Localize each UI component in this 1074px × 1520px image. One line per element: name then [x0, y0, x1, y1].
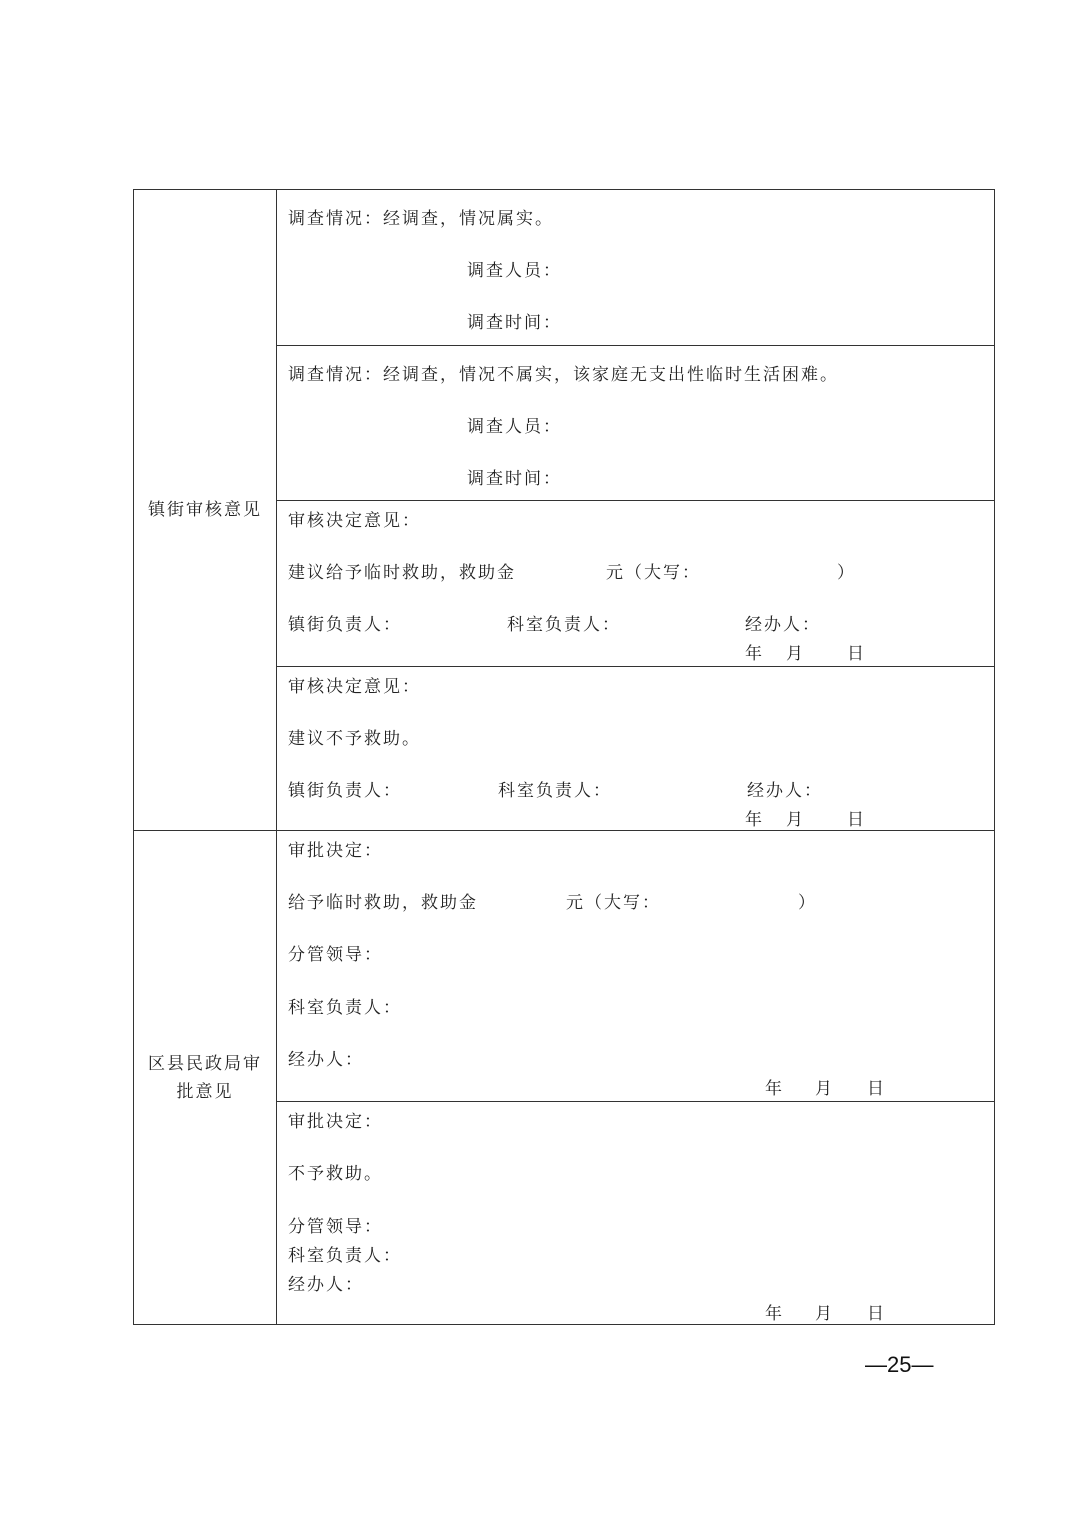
- date-year[interactable]: 年: [745, 639, 764, 664]
- date-year[interactable]: 年: [765, 1299, 784, 1324]
- review-reject-block: 审核决定意见： 建议不予救助。 镇街负责人： 科室负责人： 经办人： 年 月 日: [277, 667, 994, 830]
- review-approve-block: 审核决定意见： 建议给予临时救助，救助金 元（大写： ） 镇街负责人： 科室负责…: [277, 501, 994, 667]
- leader-field[interactable]: 分管领导：: [288, 940, 383, 965]
- investigator-field[interactable]: 调查人员：: [467, 256, 562, 281]
- section-head-field[interactable]: 科室负责人：: [288, 1241, 402, 1266]
- date-year[interactable]: 年: [745, 805, 764, 830]
- date-month[interactable]: 月: [786, 639, 805, 664]
- decision-text: 不予救助。: [288, 1159, 383, 1184]
- date-day[interactable]: 日: [867, 1299, 886, 1324]
- town-review-section: 镇街审核意见 调查情况：经调查，情况属实。 调查人员： 调查时间： 调查情况：经…: [134, 190, 994, 830]
- bureau-approval-section: 区县民政局审批意见 审批决定： 给予临时救助，救助金 元（大写： ） 分管领导：…: [134, 830, 994, 1324]
- section-head-field[interactable]: 科室负责人：: [288, 993, 402, 1018]
- amount-close: ）: [798, 888, 817, 913]
- investigation-false-block: 调查情况：经调查，情况不属实，该家庭无支出性临时生活困难。 调查人员： 调查时间…: [277, 346, 994, 501]
- page-number: —25—: [865, 1352, 933, 1378]
- amount-unit[interactable]: 元（大写：: [606, 558, 701, 583]
- bureau-approval-label: 区县民政局审批意见: [134, 831, 277, 1324]
- approval-title: 审批决定：: [288, 1107, 383, 1132]
- town-review-label: 镇街审核意见: [134, 190, 277, 830]
- section-head-field[interactable]: 科室负责人：: [507, 610, 621, 635]
- approval-reject-block: 审批决定： 不予救助。 分管领导： 科室负责人： 经办人： 年 月 日: [277, 1102, 994, 1325]
- amount-unit[interactable]: 元（大写：: [566, 888, 661, 913]
- date-year[interactable]: 年: [765, 1074, 784, 1099]
- investigation-result: 调查情况：经调查，情况属实。: [288, 204, 554, 229]
- handler-field[interactable]: 经办人：: [288, 1045, 364, 1070]
- town-head-field[interactable]: 镇街负责人：: [288, 776, 402, 801]
- date-day[interactable]: 日: [867, 1074, 886, 1099]
- relief-approval-form-table: 镇街审核意见 调查情况：经调查，情况属实。 调查人员： 调查时间： 调查情况：经…: [133, 189, 995, 1325]
- date-month[interactable]: 月: [815, 1074, 834, 1099]
- investigation-true-block: 调查情况：经调查，情况属实。 调查人员： 调查时间：: [277, 190, 994, 346]
- amount-close: ）: [837, 558, 856, 583]
- date-month[interactable]: 月: [786, 805, 805, 830]
- handler-field[interactable]: 经办人：: [747, 776, 823, 801]
- investigation-result: 调查情况：经调查，情况不属实，该家庭无支出性临时生活困难。: [288, 360, 839, 385]
- decision-text: 建议不予救助。: [288, 724, 421, 749]
- review-title: 审核决定意见：: [288, 506, 421, 531]
- investigator-field[interactable]: 调查人员：: [467, 412, 562, 437]
- investigation-time-field[interactable]: 调查时间：: [467, 308, 562, 333]
- date-day[interactable]: 日: [847, 639, 866, 664]
- approval-title: 审批决定：: [288, 836, 383, 861]
- handler-field[interactable]: 经办人：: [288, 1270, 364, 1295]
- town-head-field[interactable]: 镇街负责人：: [288, 610, 402, 635]
- section-head-field[interactable]: 科室负责人：: [498, 776, 612, 801]
- leader-field[interactable]: 分管领导：: [288, 1212, 383, 1237]
- handler-field[interactable]: 经办人：: [745, 610, 821, 635]
- approval-approve-block: 审批决定： 给予临时救助，救助金 元（大写： ） 分管领导： 科室负责人： 经办…: [277, 831, 994, 1102]
- decision-text: 建议给予临时救助，救助金: [288, 558, 516, 583]
- date-day[interactable]: 日: [847, 805, 866, 830]
- decision-text: 给予临时救助，救助金: [288, 888, 478, 913]
- date-month[interactable]: 月: [815, 1299, 834, 1324]
- review-title: 审核决定意见：: [288, 672, 421, 697]
- investigation-time-field[interactable]: 调查时间：: [467, 464, 562, 489]
